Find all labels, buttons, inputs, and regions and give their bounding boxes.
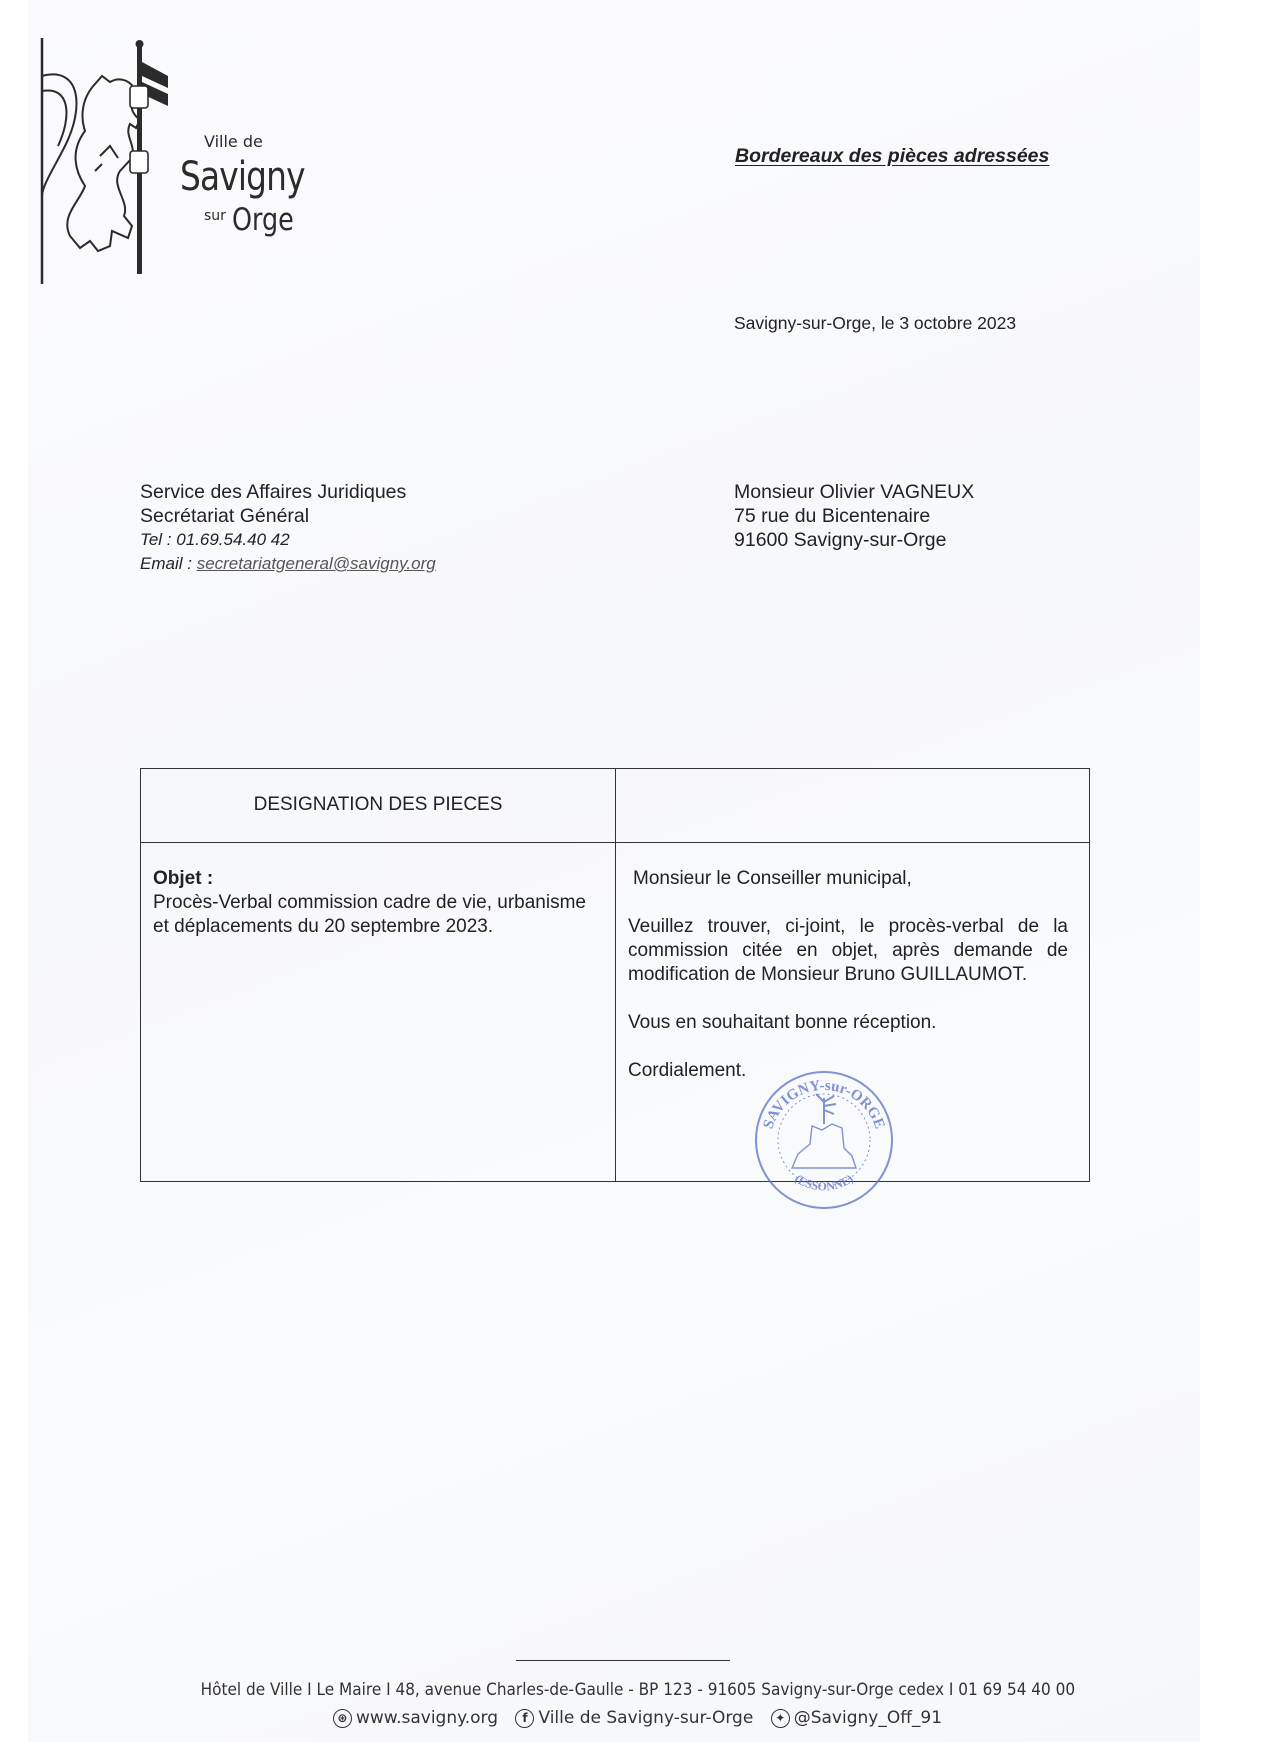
facebook-text: Ville de Savigny-sur-Orge	[538, 1708, 753, 1728]
letter-body: Veuillez trouver, ci-joint, le procès-ve…	[628, 915, 1068, 987]
recipient-block: Monsieur Olivier VAGNEUX 75 rue du Bicen…	[734, 480, 974, 552]
footer-address: Hôtel de Ville I Le Maire I 48, avenue C…	[0, 1680, 1275, 1700]
sender-department: Secrétariat Général	[140, 504, 436, 528]
sender-service: Service des Affaires Juridiques	[140, 480, 436, 504]
footer-rule	[516, 1660, 730, 1661]
website-text: www.savigny.org	[356, 1708, 498, 1728]
globe-icon: ⊛	[333, 1709, 352, 1728]
table-header-divider	[141, 842, 1089, 843]
logo-ville-de: Ville de	[204, 132, 263, 151]
table-column-divider	[615, 769, 616, 1181]
email-label: Email :	[140, 554, 197, 573]
document-title: Bordereaux des pièces adressées	[735, 145, 1049, 168]
logo-sur: sur	[204, 208, 226, 224]
phone-number: 01.69.54.40 42	[176, 530, 289, 549]
objet-label: Objet :	[153, 867, 593, 891]
footer-links: ⊛www.savigny.org fVille de Savigny-sur-O…	[0, 1707, 1275, 1728]
sender-block: Service des Affaires Juridiques Secrétar…	[140, 480, 436, 576]
recipient-name: Monsieur Olivier VAGNEUX	[734, 480, 974, 504]
objet-text: Procès-Verbal commission cadre de vie, u…	[153, 892, 586, 937]
date-line: Savigny-sur-Orge, le 3 octobre 2023	[734, 313, 1016, 334]
official-seal-stamp-icon: SAVIGNY-sur-ORGE (ESSONNE)	[752, 1068, 896, 1212]
pieces-table: DESIGNATION DES PIECES Objet : Procès-Ve…	[140, 768, 1090, 1182]
email-link[interactable]: secretariatgeneral@savigny.org	[197, 554, 436, 573]
facebook-icon: f	[515, 1709, 534, 1728]
sender-email: Email : secretariatgeneral@savigny.org	[140, 552, 436, 576]
recipient-street: 75 rue du Bicentenaire	[734, 504, 974, 528]
logo-orge: Orge	[232, 202, 294, 238]
sender-phone: Tel : 01.69.54.40 42	[140, 528, 436, 552]
letter-closing: Vous en souhaitant bonne réception.	[628, 1011, 1068, 1035]
twitter-icon: ✦	[771, 1709, 790, 1728]
svg-text:(ESSONNE): (ESSONNE)	[792, 1171, 855, 1193]
logo-savigny: Savigny	[180, 154, 305, 200]
twitter-text: @Savigny_Off_91	[794, 1708, 942, 1728]
footer-twitter[interactable]: ✦@Savigny_Off_91	[771, 1708, 942, 1728]
footer-address-text: Hôtel de Ville I Le Maire I 48, avenue C…	[200, 1680, 1075, 1700]
footer-facebook[interactable]: fVille de Savigny-sur-Orge	[515, 1708, 753, 1728]
phone-label: Tel :	[140, 530, 176, 549]
footer-website[interactable]: ⊛www.savigny.org	[333, 1708, 498, 1728]
recipient-city: 91600 Savigny-sur-Orge	[734, 528, 974, 552]
letter-salutation: Monsieur le Conseiller municipal,	[628, 867, 1068, 891]
objet-cell: Objet : Procès-Verbal commission cadre d…	[153, 867, 593, 939]
table-header-designation: DESIGNATION DES PIECES	[141, 794, 615, 816]
